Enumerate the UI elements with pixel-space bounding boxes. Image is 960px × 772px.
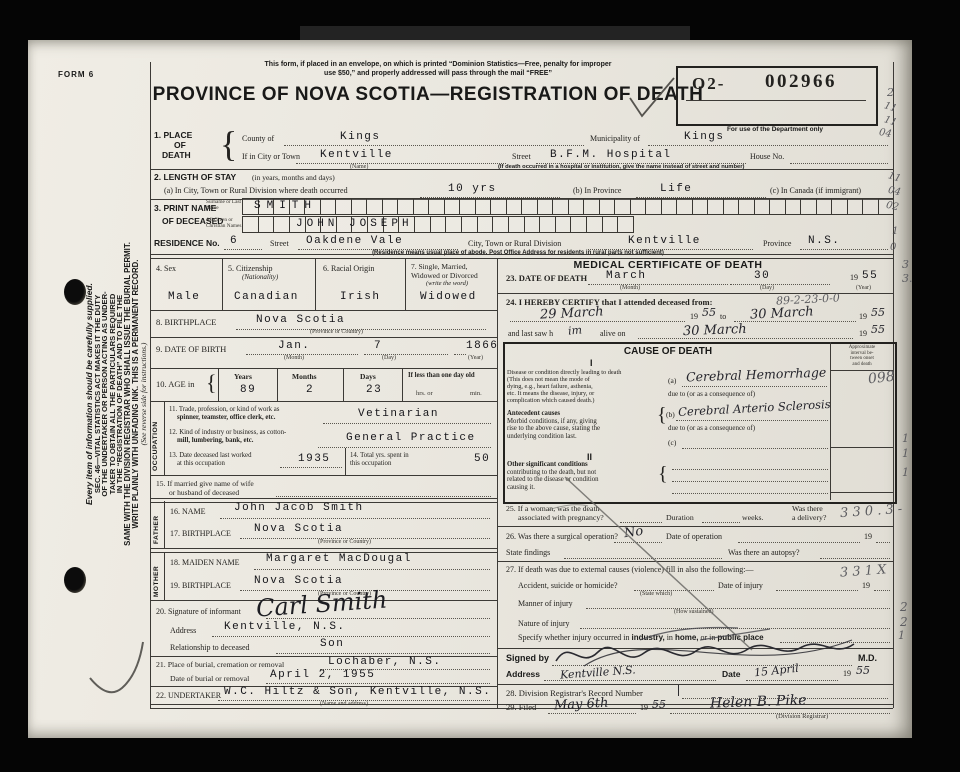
scanned-death-certificate: FORM 6 Every item of information should … [0, 0, 960, 772]
pencil-strokes-overlay [28, 40, 912, 738]
certificate-paper: FORM 6 Every item of information should … [28, 40, 912, 738]
